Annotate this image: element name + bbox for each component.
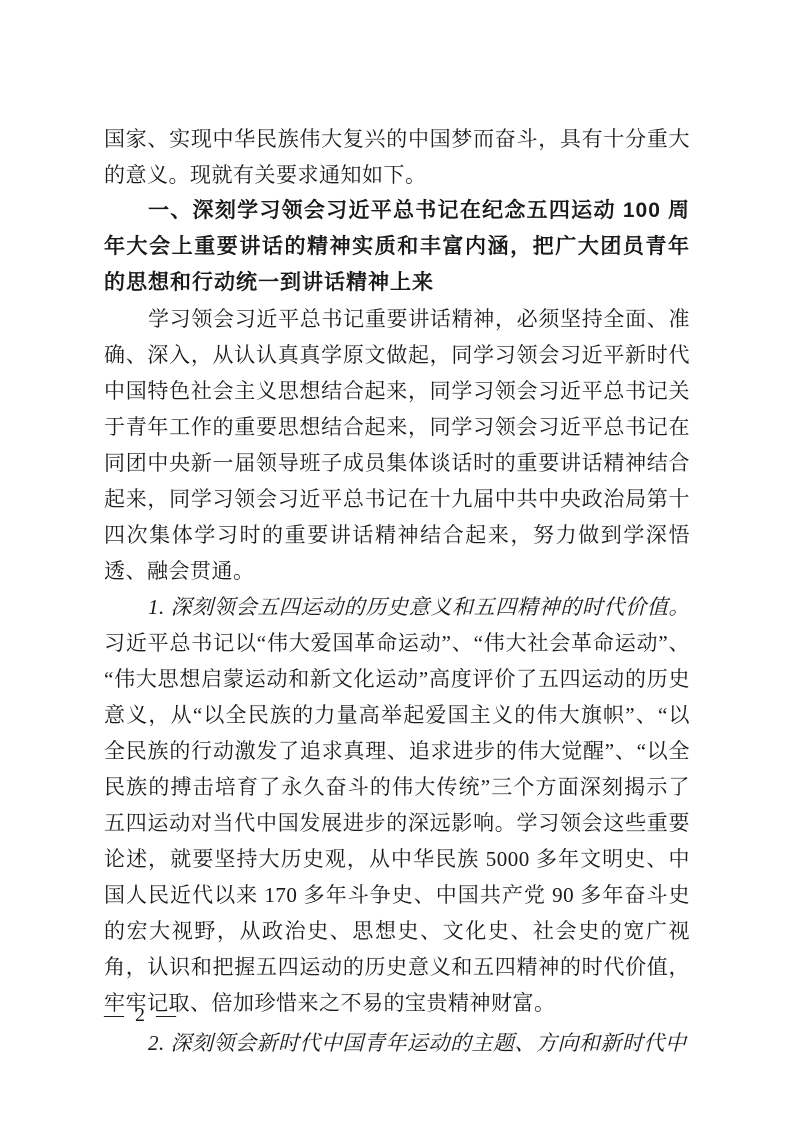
point-1-body-text: 习近平总书记以“伟大爱国革命运动”、“伟大社会革命运动”、“伟大思想启蒙运动和新…	[104, 631, 690, 1015]
paragraph-overview: 学习领会习近平总书记重要讲话精神，必须坚持全面、准确、深入，从认认真真学原文做起…	[104, 301, 690, 589]
page-number: — 2 —	[104, 1000, 179, 1030]
point-1-lead-sentence: 1. 深刻领会五四运动的历史意义和五四精神的时代价值。	[148, 595, 690, 619]
paragraph-continuation: 国家、实现中华民族伟大复兴的中国梦而奋斗，具有十分重大的意义。现就有关要求通知如…	[104, 121, 690, 193]
point-2-lead-sentence: 2. 深刻领会新时代中国青年运动的主题、方向和新时代中	[148, 1031, 687, 1055]
paragraph-point-1: 1. 深刻领会五四运动的历史意义和五四精神的时代价值。习近平总书记以“伟大爱国革…	[104, 589, 690, 1021]
section-heading: 一、深刻学习领会习近平总书记在纪念五四运动 100 周年大会上重要讲话的精神实质…	[104, 193, 690, 301]
document-body: 国家、实现中华民族伟大复兴的中国梦而奋斗，具有十分重大的意义。现就有关要求通知如…	[104, 121, 690, 1061]
document-page: 国家、实现中华民族伟大复兴的中国梦而奋斗，具有十分重大的意义。现就有关要求通知如…	[0, 0, 793, 1122]
paragraph-point-2: 2. 深刻领会新时代中国青年运动的主题、方向和新时代中	[104, 1025, 690, 1061]
